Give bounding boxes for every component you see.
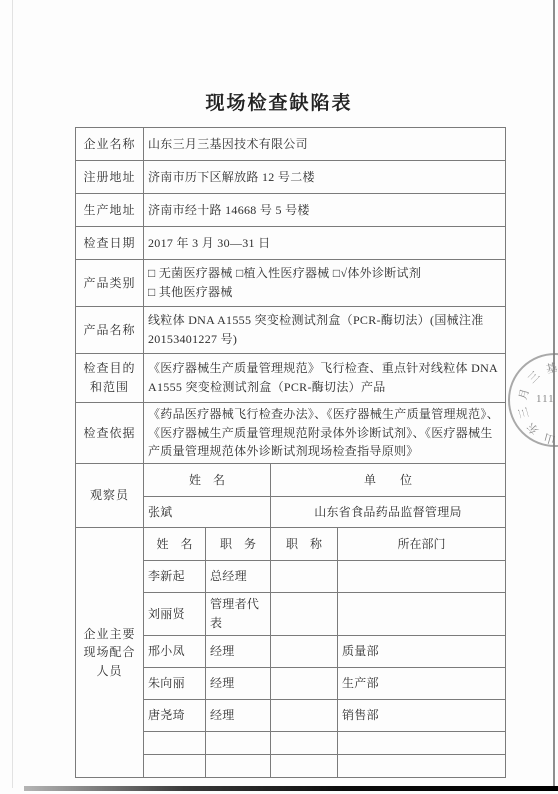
table-row: 检查日期 2017 年 3 月 30—31 日 [76,227,506,260]
table-row: 企业名称 山东三月三基因技术有限公司 [76,128,506,161]
seal-arc-char: 东 [523,419,542,438]
staff-position: 经理 [206,700,271,732]
table-row: 检查目的 和范围 《医疗器械生产质量管理规范》飞行检查、重点针对线粒体 DNA … [76,354,506,403]
staff-department [338,755,506,778]
field-value-inspection-purpose: 《医疗器械生产质量管理规范》飞行检查、重点针对线粒体 DNA A1555 突变检… [144,354,506,403]
field-label-production-address: 生产地址 [76,194,144,227]
staff-name: 刘丽贤 [144,593,206,636]
staff-department-header: 所在部门 [338,528,506,561]
table-row: 检查依据 《药品医疗器械飞行检查办法》、《医疗器械生产质量管理规范》、《医疗器械… [76,403,506,464]
field-value-inspection-date: 2017 年 3 月 30—31 日 [144,227,506,260]
field-label-registered-address: 注册地址 [76,161,144,194]
staff-department: 生产部 [338,668,506,700]
field-value-product-name: 线粒体 DNA A1555 突变检测试剂盒（PCR-酶切法）(国械注准 2015… [144,307,506,354]
staff-position-header: 职 务 [206,528,271,561]
seal-arc-char: 山 [542,430,557,448]
staff-department [338,732,506,755]
observer-header-row: 观察员 姓 名 单 位 [76,464,506,497]
staff-header-row: 企业主要 现场配合 人员 姓 名 职 务 职 称 所在部门 [76,528,506,561]
staff-name: 朱向丽 [144,668,206,700]
seal-arc-char: 三 [514,406,532,421]
observer-name-header: 姓 名 [144,464,271,497]
staff-position: 总经理 [206,561,271,593]
field-label-product-name: 产品名称 [76,307,144,354]
seal-arc-char: 基 [544,359,558,377]
field-label-inspection-basis: 检查依据 [76,403,144,464]
staff-name [144,755,206,778]
staff-position [206,755,271,778]
company-seal: 基 三 月 三 东 山 111 ⁎⁎ [508,353,558,447]
field-label-product-category: 产品类别 [76,260,144,307]
field-value-inspection-basis: 《药品医疗器械飞行检查办法》、《医疗器械生产质量管理规范》、《医疗器械生产质量管… [144,403,506,464]
observer-name: 张斌 [144,497,271,528]
field-label-inspection-purpose: 检查目的 和范围 [76,354,144,403]
scan-bottom-bar [24,786,558,791]
field-value-product-category-checkboxes: □ 无菌医疗器械 □植入性医疗器械 □√体外诊断试剂 □ 其他医疗器械 [144,260,506,307]
staff-name: 邢小凤 [144,636,206,668]
staff-position: 经理 [206,668,271,700]
staff-title [271,755,338,778]
field-label-company-staff: 企业主要 现场配合 人员 [76,528,144,778]
staff-department: 销售部 [338,700,506,732]
scanned-page: 现场检查缺陷表 企业名称 山东三月三基因技术有限公司 注册地址 济南市历下区解放… [0,0,558,794]
staff-department: 质量部 [338,636,506,668]
staff-title-header: 职 称 [271,528,338,561]
page-title: 现场检查缺陷表 [0,88,558,115]
table-row: 产品名称 线粒体 DNA A1555 突变检测试剂盒（PCR-酶切法）(国械注准… [76,307,506,354]
staff-title [271,732,338,755]
seal-center-text: 111 [536,393,555,405]
staff-title [271,593,338,636]
field-value-company-name: 山东三月三基因技术有限公司 [144,128,506,161]
staff-position [206,732,271,755]
seal-arc-char: 三 [524,367,543,386]
staff-position: 管理者代表 [206,593,271,636]
staff-name: 李新起 [144,561,206,593]
inspection-form-table: 企业名称 山东三月三基因技术有限公司 注册地址 济南市历下区解放路 12 号二楼… [75,127,506,778]
staff-title [271,636,338,668]
scan-left-edge-line [12,0,13,788]
staff-department [338,593,506,636]
staff-name-header: 姓 名 [144,528,206,561]
staff-title [271,561,338,593]
table-row: 注册地址 济南市历下区解放路 12 号二楼 [76,161,506,194]
field-label-company-name: 企业名称 [76,128,144,161]
field-value-production-address: 济南市经十路 14668 号 5 号楼 [144,194,506,227]
observer-org: 山东省食品药品监督管理局 [271,497,506,528]
table-row: 生产地址 济南市经十路 14668 号 5 号楼 [76,194,506,227]
staff-department [338,561,506,593]
field-label-observer: 观察员 [76,464,144,528]
observer-org-header: 单 位 [271,464,506,497]
staff-position: 经理 [206,636,271,668]
field-value-registered-address: 济南市历下区解放路 12 号二楼 [144,161,506,194]
staff-title [271,700,338,732]
staff-name [144,732,206,755]
staff-title [271,668,338,700]
staff-name: 唐尧琦 [144,700,206,732]
seal-arc-char: 月 [514,387,532,402]
field-label-inspection-date: 检查日期 [76,227,144,260]
table-row: 产品类别 □ 无菌医疗器械 □植入性医疗器械 □√体外诊断试剂 □ 其他医疗器械 [76,260,506,307]
